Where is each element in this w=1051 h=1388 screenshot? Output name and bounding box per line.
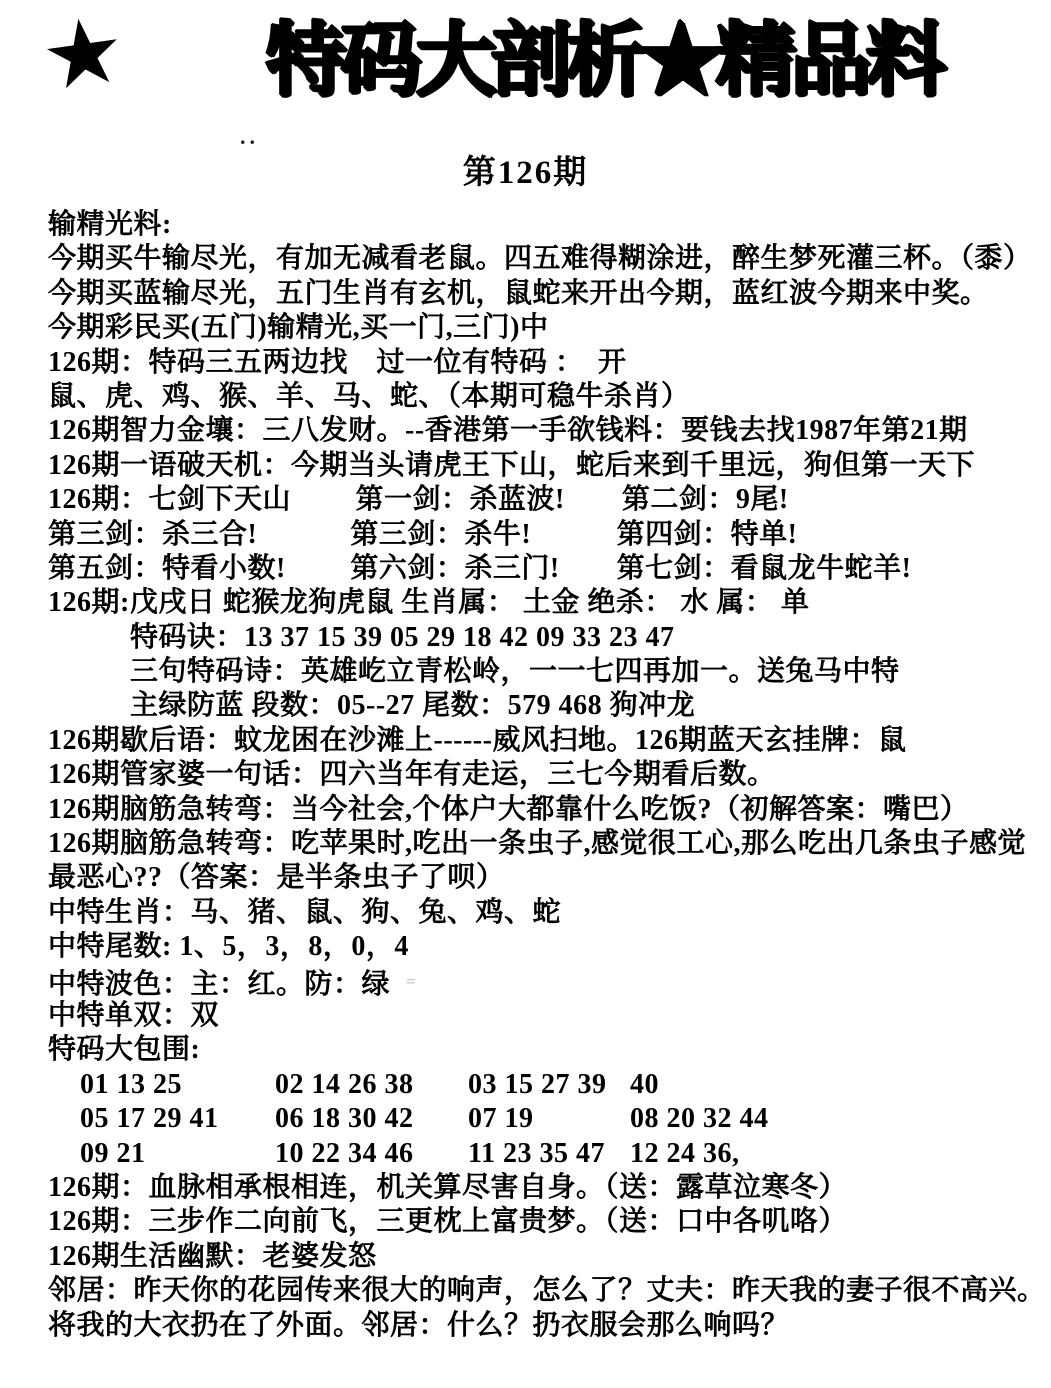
number-grid-cell: 09 21 [80,1137,275,1171]
text-line: 126期智力金壤：三八发财。--香港第一手欲钱料：要钱去找1987年第21期 [48,414,1028,448]
text-line: 最恶心??（答案：是半条虫子了呗） [48,861,1028,895]
text-line: 126期:戊戌日 蛇猴龙狗虎鼠 生肖属： 土金 绝杀： 水 属： 单 [48,586,1028,620]
text-line: 中特单双：双 [48,999,1028,1033]
text-line: 特码大包围: [48,1033,1028,1067]
text-line: 今期彩民买(五门)输精光,买一门,三门)中 [48,311,1028,345]
issue-number: 第126期 [0,146,1051,193]
text-line: 今期买蓝输尽光，五门生肖有玄机，鼠蛇来开出今期，蓝红波今期来中奖。 [48,277,1028,311]
text-line: 126期：三步作二向前飞，三更枕上富贵梦。（送：口中各叽咯） [48,1205,1028,1239]
text-line: 输精光料: [48,208,1028,242]
number-grid-cell: 11 23 35 47 [468,1137,630,1171]
text-line: 中特尾数: 1、5，3，8，0，4 [48,930,1028,964]
body-lines: 输精光料:今期买牛输尽光，有加无减看老鼠。四五难得糊涂进，醉生梦死灌三杯。（黍）… [48,208,1028,1343]
text-line: 特码诀：13 37 15 39 05 29 18 42 09 33 23 47 [48,621,1028,655]
faint-print-artifact: = [406,972,414,991]
text-line: 126期脑筋急转弯：吃苹果时,吃出一条虫子,感觉很工心,那么吃出几条虫子感觉 [48,827,1028,861]
text-line: 126期管家婆一句话：四六当年有走运，三七今期看后数。 [48,758,1028,792]
number-grid-cell: 03 15 27 39 [468,1068,630,1102]
number-grid-cell: 08 20 32 44 [630,1102,769,1136]
text-line: 126期歇后语：蚊龙困在沙滩上------威风扫地。126期蓝天玄挂牌：鼠 [48,724,1028,758]
number-grid-cell: 06 18 30 42 [275,1102,468,1136]
number-grid-cell: 07 19 [468,1102,630,1136]
text-line: 126期脑筋急转弯：当今社会,个体户大都靠什么吃饭?（初解答案：嘴巴） [48,793,1028,827]
star-icon: ★ [36,3,130,106]
text-line: 126期一语破天机：今期当头请虎王下山，蛇后来到千里远，狗但第一天下 [48,449,1028,483]
text-line: 中特波色：主：红。防：绿= [48,965,1028,999]
number-grid-cell: 05 17 29 41 [80,1102,275,1136]
text-line: 邻居：昨天你的花园传来很大的响声，怎么了？丈夫：昨天我的妻子很不高兴。 [48,1274,1028,1308]
number-grid-cell: 40 [630,1068,659,1102]
text-line: 126期：特码三五两边找 过一位有特码 ： 开 [48,346,1028,380]
number-grid-cell: 01 13 25 [80,1068,275,1102]
text-line: 将我的大衣扔在了外面。邻居：什么？扔衣服会那么响吗？ [48,1309,1028,1343]
text-line: 126期：七剑下天山 第一剑：杀蓝波! 第二剑：9尾! [48,483,1028,517]
text-line: 主绿防蓝 段数：05--27 尾数：579 468 狗冲龙 [48,689,1028,723]
text-line: 中特生肖：马、猪、鼠、狗、兔、鸡、蛇 [48,896,1028,930]
text-line: 第三剑：杀三合! 第三剑：杀牛! 第四剑：特单! [48,518,1028,552]
text-line: 三句特码诗：英雄屹立青松岭，一一七四再加一。送兔马中特 [48,655,1028,689]
number-grid-row: 01 13 2502 14 26 3803 15 27 3940 [48,1068,1028,1102]
text-line: 今期买牛输尽光，有加无减看老鼠。四五难得糊涂进，醉生梦死灌三杯。（黍） [48,242,1028,276]
tip-sheet-page: ★ 特码大剖析★精品料 .. 第126期 输精光料:今期买牛输尽光，有加无减看老… [0,0,1051,1388]
number-grid-cell: 02 14 26 38 [275,1068,468,1102]
text-line: 鼠、虎、鸡、猴、羊、马、蛇、（本期可稳牛杀肖） [48,380,1028,414]
number-grid-cell: 12 24 36, [630,1137,740,1171]
page-title: 特码大剖析★精品料 [266,16,986,108]
text-line: 126期：血脉相承根相连，机关算尽害自身。（送：露草泣寒冬） [48,1171,1028,1205]
text-line: 126期生活幽默：老婆发怒 [48,1240,1028,1274]
text-line: 第五剑：特看小数! 第六剑：杀三门! 第七剑：看鼠龙牛蛇羊! [48,552,1028,586]
number-grid-row: 09 2110 22 34 4611 23 35 4712 24 36, [48,1137,1028,1171]
number-grid-cell: 10 22 34 46 [275,1137,468,1171]
number-grid-row: 05 17 29 4106 18 30 4207 1908 20 32 44 [48,1102,1028,1136]
